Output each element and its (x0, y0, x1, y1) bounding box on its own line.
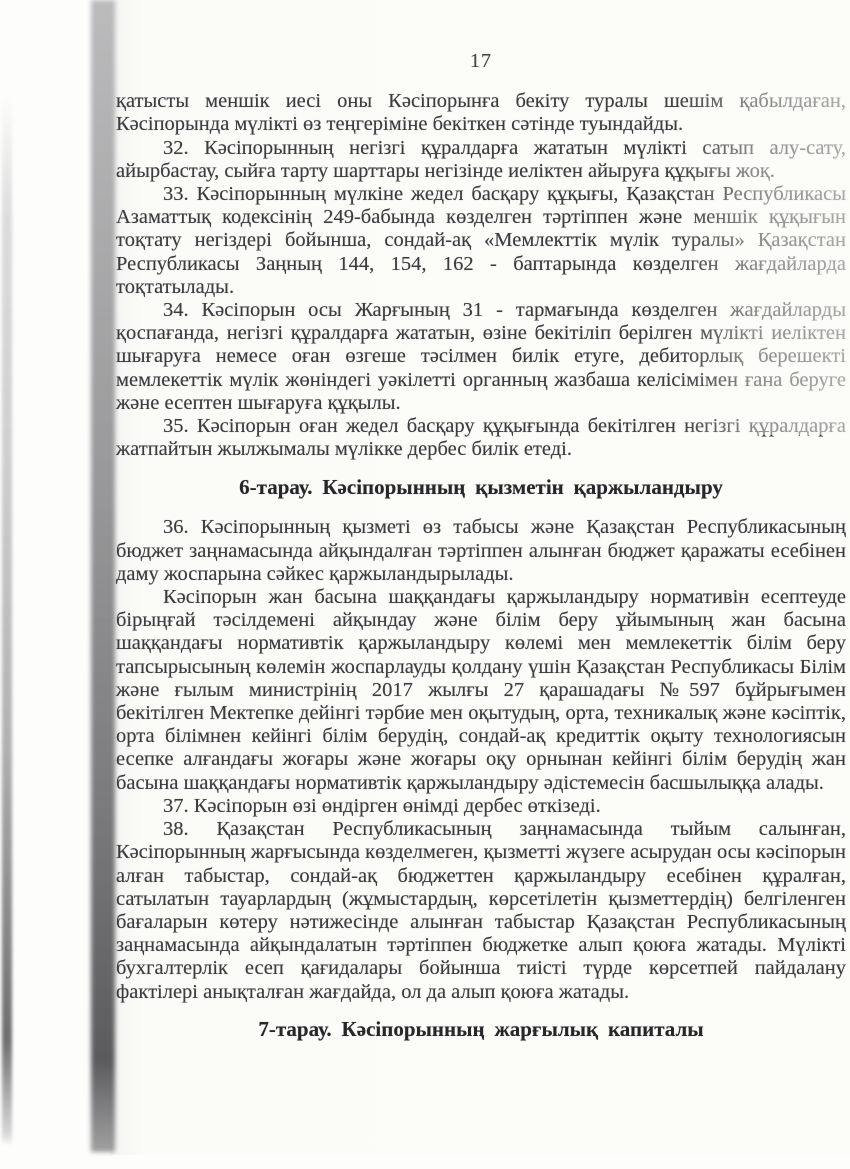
scan-left-streak (2, 95, 12, 1145)
chapter-7-heading: 7-тарау. Кәсіпорынның жарғылық капиталы (116, 1017, 846, 1042)
paragraph-35: 35. Кәсіпорын оған жедел басқару құқығын… (116, 415, 846, 461)
paragraph-36-continuation: Кәсіпорын жан басына шаққандағы қаржылан… (116, 586, 846, 795)
chapter-6-heading: 6-тарау. Кәсіпорынның қызметін қаржыланд… (116, 475, 846, 500)
paragraph-33: 33. Кәсіпорынның мүлкіне жедел басқару қ… (116, 183, 846, 299)
paragraph-36: 36. Кәсіпорынның қызметі өз табысы және … (116, 516, 846, 586)
paragraph-37: 37. Кәсіпорын өзі өндірген өнімді дербес… (116, 795, 846, 818)
paragraph-32: 32. Кәсіпорынның негізгі құралдарға жата… (116, 137, 846, 183)
paragraph-38: 38. Қазақстан Республикасының заңнамасын… (116, 818, 846, 1004)
paragraph-continuation: қатысты меншік иесі оны Кәсіпорынға бекі… (116, 90, 846, 136)
page-edge-shadow (91, 0, 115, 1152)
paragraph-34: 34. Кәсіпорын осы Жарғының 31 - тармағын… (116, 299, 846, 415)
document-body: 17 қатысты меншік иесі оны Кәсіпорынға б… (116, 50, 846, 1058)
page-number: 17 (116, 50, 846, 73)
scanned-document-page: 17 қатысты меншік иесі оны Кәсіпорынға б… (0, 0, 850, 1169)
